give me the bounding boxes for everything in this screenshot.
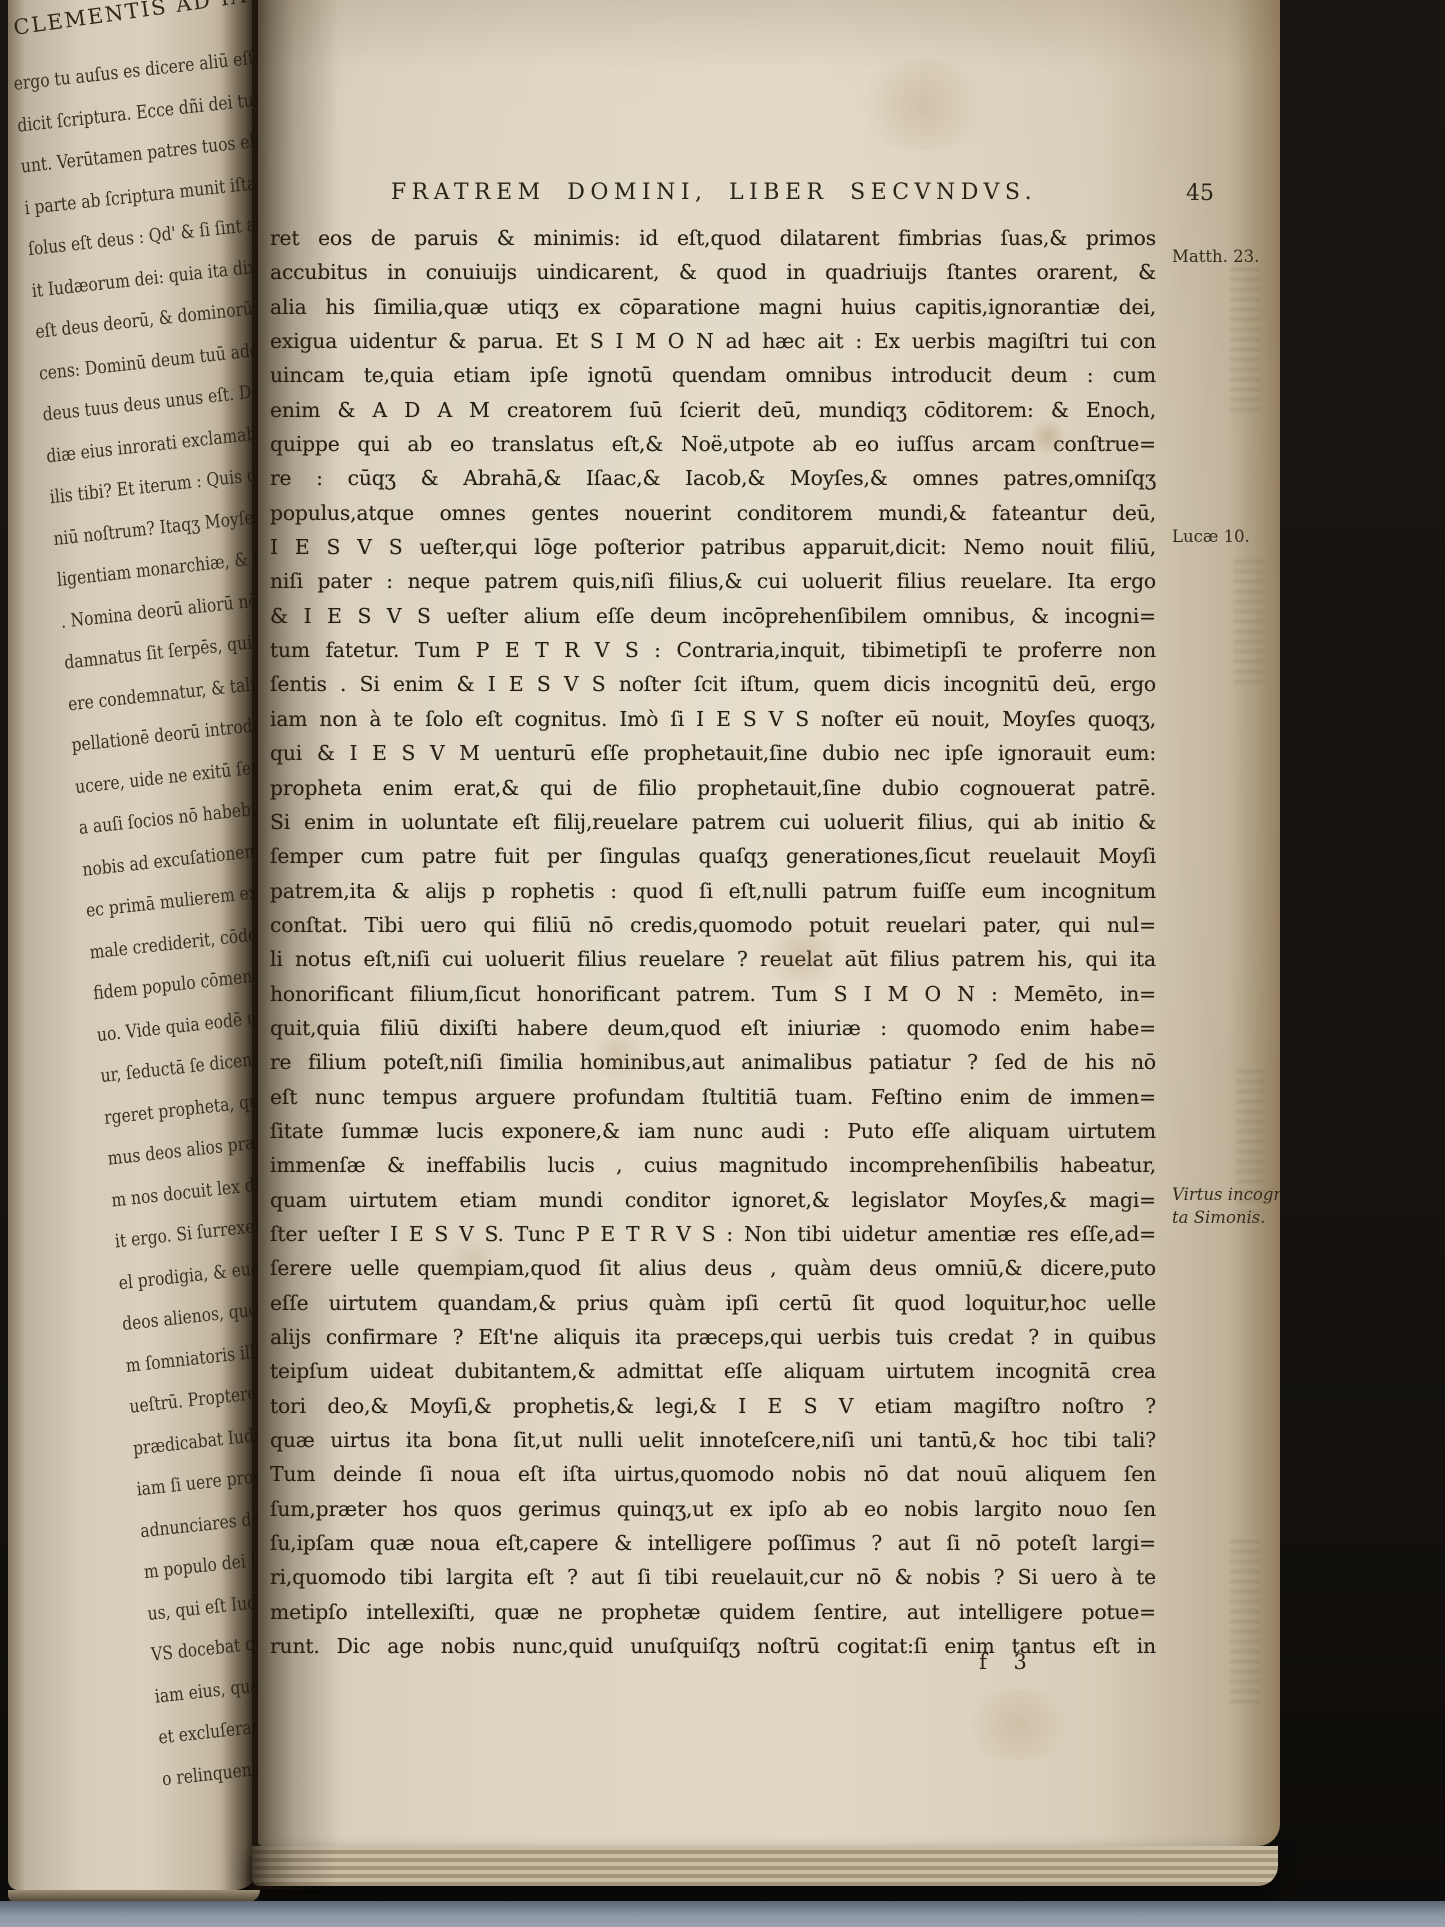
body-text-line: tum fatetur. Tum P E T R V S : Contraria… xyxy=(270,633,1156,667)
book-photo: CLEMENTIS AD IACOBVM ergo tu auſus es di… xyxy=(0,0,1445,1927)
body-text-line: teipſum uideat dubitantem,& admittat eſſ… xyxy=(270,1354,1156,1388)
body-text-line: re : cūqʒ & Abrahā,& Iſaac,& Iacob,& Moy… xyxy=(270,461,1156,495)
body-text-line: ſentis . Si enim & I E S V S noſter ſcit… xyxy=(270,667,1156,701)
body-text-line: patrem,ita & alijs p rophetis : quod ſi … xyxy=(270,874,1156,908)
body-text-line: li notus eſt,niſi cui uoluerit filius re… xyxy=(270,942,1156,976)
body-text-line: ſter ueſter I E S V S. Tunc P E T R V S … xyxy=(270,1217,1156,1251)
margin-note-luke: Lucæ 10. xyxy=(1172,527,1250,546)
margin-note-matthew: Matth. 23. xyxy=(1172,247,1259,266)
margin-note-virtus-line1: Virtus incogni xyxy=(1172,1183,1280,1206)
body-text-line: quit,quia filiū dixiſti habere deum,quod… xyxy=(270,1011,1156,1045)
left-page: CLEMENTIS AD IACOBVM ergo tu auſus es di… xyxy=(8,0,260,1890)
body-text-line: quæ uirtus ita bona ſit,ut nulli uelit i… xyxy=(270,1423,1156,1457)
body-text-column: ret eos de paruis & minimis: id eſt,quod… xyxy=(270,221,1156,1663)
body-text-line: alia his ſimilia,quæ utiqʒ ex cōparation… xyxy=(270,290,1156,324)
body-text-line: ri,quomodo tibi largita eſt ? aut ſi tib… xyxy=(270,1560,1156,1594)
body-text-line: enim & A D A M creatorem ſuū ſcierit deū… xyxy=(270,393,1156,427)
show-through-mark xyxy=(1234,560,1264,690)
body-text-line: quippe qui ab eo translatus eſt,& Noë,ut… xyxy=(270,427,1156,461)
margin-note-virtus-line2: ta Simonis. xyxy=(1172,1206,1280,1229)
body-text-line: ſum,præter hos quos gerimus quinqʒ,ut ex… xyxy=(270,1492,1156,1526)
body-text-line: iam non à te ſolo eſt cognitus. Imò ſi I… xyxy=(270,702,1156,736)
body-text-line: ret eos de paruis & minimis: id eſt,quod… xyxy=(270,221,1156,255)
body-text-line: niſi pater : neque patrem quis,niſi fili… xyxy=(270,564,1156,598)
table-edge xyxy=(0,1901,1445,1927)
body-text-line: Tum deinde ſi noua eſt iſta uirtus,quomo… xyxy=(270,1457,1156,1491)
body-text-line: accubitus in conuiuijs uindicarent, & qu… xyxy=(270,255,1156,289)
body-text-line: eſt nunc tempus arguere profundam ſtulti… xyxy=(270,1080,1156,1114)
left-page-curl-shadow xyxy=(222,0,260,1890)
show-through-mark xyxy=(1230,268,1260,418)
page-number: 45 xyxy=(1186,181,1214,206)
body-text-line: alijs confirmare ? Eſt'ne aliquis ita pr… xyxy=(270,1320,1156,1354)
body-text-line: conſtat. Tibi uero qui filiū nō credis,q… xyxy=(270,908,1156,942)
margin-note-virtus: Virtus incogni ta Simonis. xyxy=(1172,1183,1280,1229)
foxing-stain xyxy=(848,60,998,150)
body-text-line: qui & I E S V M uenturū eſſe prophetauit… xyxy=(270,736,1156,770)
book-fore-edge xyxy=(252,1846,1278,1886)
body-text-line: ſu,ipſam quæ noua eſt,capere & intellige… xyxy=(270,1526,1156,1560)
body-text-line: & I E S V S ueſter alium eſſe deum incōp… xyxy=(270,599,1156,633)
signature-mark: f 3 xyxy=(898,1650,1118,1674)
right-page: FRATREM DOMINI, LIBER SECVNDVS. 45 ret e… xyxy=(258,0,1280,1846)
body-text-line: propheta enim erat,& qui de filio prophe… xyxy=(270,771,1156,805)
body-text-line: quam uirtutem etiam mundi conditor ignor… xyxy=(270,1183,1156,1217)
body-text-line: populus,atque omnes gentes nouerint cond… xyxy=(270,496,1156,530)
body-text-line: exigua uidentur & parua. Et S I M O N ad… xyxy=(270,324,1156,358)
body-text-line: uincam te,quia etiam ipſe ignotū quendam… xyxy=(270,358,1156,392)
foxing-stain xyxy=(958,1690,1078,1760)
body-text-line: I E S V S ueſter,qui lōge poſterior patr… xyxy=(270,530,1156,564)
body-text-line: Si enim in uoluntate eſt filij,reuelare … xyxy=(270,805,1156,839)
body-text-line: metipſo intellexiſti, quæ ne prophetæ qu… xyxy=(270,1595,1156,1629)
show-through-mark xyxy=(1230,1540,1260,1710)
running-title: FRATREM DOMINI, LIBER SECVNDVS. xyxy=(272,180,1156,205)
body-text-line: ſitate ſummæ lucis exponere,& iam nunc a… xyxy=(270,1114,1156,1148)
body-text-line: ſemper cum patre fuit per ſingulas quaſq… xyxy=(270,839,1156,873)
body-text-line: immenſæ & ineffabilis lucis , cuius magn… xyxy=(270,1148,1156,1182)
body-text-line: eſſe uirtutem quandam,& prius quàm ipſi … xyxy=(270,1286,1156,1320)
body-text-line: re filium poteſt,niſi ſimilia hominibus,… xyxy=(270,1045,1156,1079)
body-text-line: ſerere uelle quempiam,quod ſit alius deu… xyxy=(270,1251,1156,1285)
body-text-line: tori deo,& Moyſi,& prophetis,& legi,& I … xyxy=(270,1389,1156,1423)
body-text-line: honorificant filium,ſicut honorificant p… xyxy=(270,977,1156,1011)
page-top-shade xyxy=(258,0,1280,70)
